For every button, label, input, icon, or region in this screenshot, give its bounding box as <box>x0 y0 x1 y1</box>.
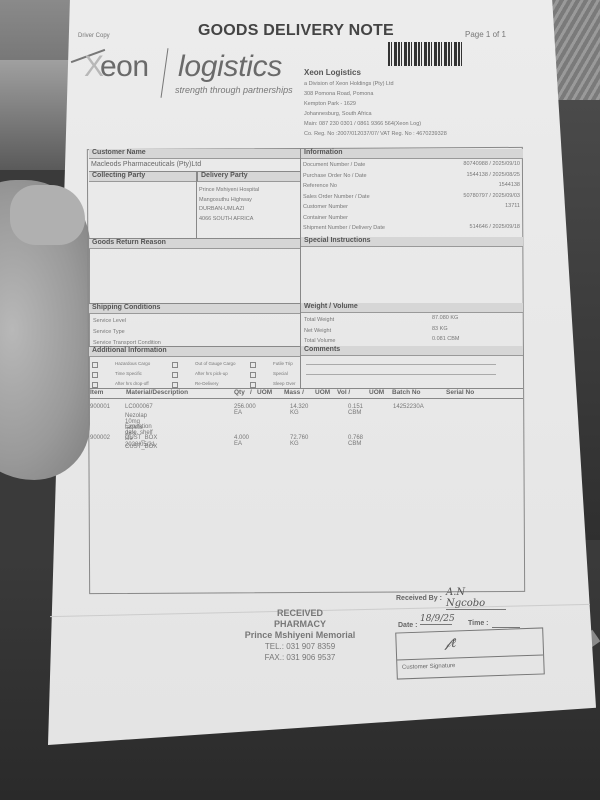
checkbox[interactable] <box>250 362 256 368</box>
company-line: Kempton Park - 1629 <box>304 99 447 109</box>
item-number: 900002 <box>90 435 110 441</box>
option-label: Sleep Over <box>273 381 296 386</box>
date-label: Date : <box>398 622 417 629</box>
batch-number: 14252230A <box>393 404 424 410</box>
delivery-party-header: Delivery Party <box>197 172 300 182</box>
info-value: 80740988 / 2025/09/10 <box>400 161 520 167</box>
special-instructions-header: Special Instructions <box>301 237 523 247</box>
company-line: Main: 087 230 0301 / 0861 9366 564(Xeon … <box>304 119 447 129</box>
received-by-value[interactable]: A.N Ngcobo <box>446 587 506 610</box>
info-value: 50780797 / 2025/09/03 <box>400 193 520 199</box>
option-label: Hazardous Cargo <box>115 361 150 366</box>
address-line: Mangosuthu Highway <box>199 196 259 206</box>
page-number: Page 1 of 1 <box>465 30 506 39</box>
info-value: 514646 / 2025/09/18 <box>400 224 520 230</box>
info-label: Purchase Order No / Date <box>303 173 367 179</box>
company-name: Xeon Logistics <box>304 67 447 79</box>
column-header: UOM <box>315 389 330 396</box>
company-line: 308 Pomona Road, Pomona <box>304 89 447 99</box>
material-code: CUST_BOX <box>125 435 157 441</box>
received-by-label: Received By : <box>396 595 442 602</box>
divider <box>196 172 197 238</box>
copy-label: Driver Copy <box>78 33 110 39</box>
column-header: Qty <box>234 389 245 396</box>
comments-header: Comments <box>301 346 523 356</box>
info-label: Shipment Number / Delivery Date <box>303 225 385 231</box>
info-label: Sales Order Number / Date <box>303 194 370 200</box>
option-label: Special <box>273 371 288 376</box>
shipping-service-type: Service Type <box>93 329 125 335</box>
document-title: GOODS DELIVERY NOTE <box>198 22 394 40</box>
checkbox[interactable] <box>92 362 98 368</box>
volume: 0.768 CBM <box>348 435 363 447</box>
logo-tagline: strength through partnerships <box>175 85 293 95</box>
info-value: 13711 <box>400 203 520 209</box>
time-label: Time : <box>468 620 489 627</box>
checkbox[interactable] <box>172 362 178 368</box>
date-value[interactable]: 18/9/25 <box>420 614 452 625</box>
column-header: Material/Description <box>126 389 188 396</box>
info-label: Document Number / Date <box>303 162 365 168</box>
address-line: Prince Mshiyeni Hospital <box>199 186 259 196</box>
checkbox[interactable] <box>172 372 178 378</box>
checkbox[interactable] <box>250 372 256 378</box>
stamp-line: TEL.: 031 907 8359 <box>240 641 360 652</box>
info-label: Reference No <box>303 183 337 189</box>
company-line: Johannesburg, South Africa <box>304 109 447 119</box>
column-header: Vol / <box>337 389 350 396</box>
mass: 14.320 KG <box>290 404 308 416</box>
stamp-line: FAX.: 031 906 9537 <box>240 652 360 663</box>
option-label: Out of Gauge Cargo <box>195 361 236 366</box>
information-header: Information <box>301 149 523 159</box>
comment-line <box>306 374 496 375</box>
column-header: Batch No <box>392 389 421 396</box>
option-label: After hrs drop-off <box>115 381 149 386</box>
weight-value: 0.081 CBM <box>432 336 460 342</box>
checkbox[interactable] <box>92 372 98 378</box>
shipping-service-level: Service Level <box>93 318 126 324</box>
delivery-note: Driver Copy GOODS DELIVERY NOTE Page 1 o… <box>0 0 600 800</box>
quantity: 256.000 EA <box>234 404 256 416</box>
option-label: Futile Trip <box>273 361 293 366</box>
description: CUST_BOX <box>125 444 157 450</box>
address-line: DURBAN-UMLAZI <box>199 205 259 215</box>
company-line: a Division of Xeon Holdings (Pty) Ltd <box>304 79 447 89</box>
delivery-party-address: Prince Mshiyeni Hospital Mangosuthu High… <box>199 186 259 224</box>
option-label: Re-Delivery <box>195 381 219 386</box>
weight-label: Total Volume <box>304 338 336 344</box>
stamp-line: Prince Mshiyeni Memorial <box>240 630 360 641</box>
address-line: 4066 SOUTH AFRICA <box>199 215 259 225</box>
logo-eon: eon <box>100 50 149 84</box>
signature-scribble: 𝒻ℓ <box>445 635 456 651</box>
column-header: Mass / <box>284 389 304 396</box>
weight-label: Total Weight <box>304 317 334 323</box>
info-label: Container Number <box>303 215 348 221</box>
weight-volume-header: Weight / Volume <box>301 303 523 313</box>
option-label: Time Specific <box>115 371 142 376</box>
quantity: 4.000 EA <box>234 435 249 447</box>
item-number: 900001 <box>90 404 110 410</box>
customer-name: Macleods Pharmaceuticals (Pty)Ltd <box>91 161 201 168</box>
shipping-conditions-header: Shipping Conditions <box>89 304 300 314</box>
stamp-line: RECEIVED <box>240 608 360 619</box>
weight-value: 83 KG <box>432 326 448 332</box>
info-label: Customer Number <box>303 204 348 210</box>
additional-info-header: Additional Information <box>89 347 300 357</box>
logo-logistics: logistics <box>178 50 282 84</box>
divider <box>89 398 523 399</box>
company-address: Xeon Logistics a Division of Xeon Holdin… <box>304 67 447 139</box>
column-header: UOM <box>369 389 384 396</box>
column-header: UOM <box>257 389 272 396</box>
customer-name-header: Customer Name <box>89 149 300 159</box>
volume: 0.151 CBM <box>348 404 363 416</box>
column-header: Serial No <box>446 389 474 396</box>
column-header: Item <box>90 389 103 396</box>
column-header: / <box>250 389 252 396</box>
customer-signature-box[interactable] <box>395 627 545 679</box>
pharmacy-received-stamp: RECEIVED PHARMACY Prince Mshiyeni Memori… <box>240 608 360 663</box>
goods-return-header: Goods Return Reason <box>89 239 300 249</box>
weight-label: Net Weight <box>304 328 331 334</box>
info-value: 1544138 <box>400 182 520 188</box>
material-code: LC000067 <box>125 404 153 410</box>
company-line: Co. Reg. No :2007/012037/07/ VAT Reg. No… <box>304 129 447 139</box>
mass: 72.760 KG <box>290 435 308 447</box>
stamp-line: PHARMACY <box>240 619 360 630</box>
info-value: 1544138 / 2025/08/25 <box>400 172 520 178</box>
barcode-icon <box>388 42 464 66</box>
option-label: After hrs pick-up <box>195 371 228 376</box>
comment-line <box>306 364 496 365</box>
logo-divider <box>161 48 169 98</box>
weight-value: 87.080 KG <box>432 315 458 321</box>
